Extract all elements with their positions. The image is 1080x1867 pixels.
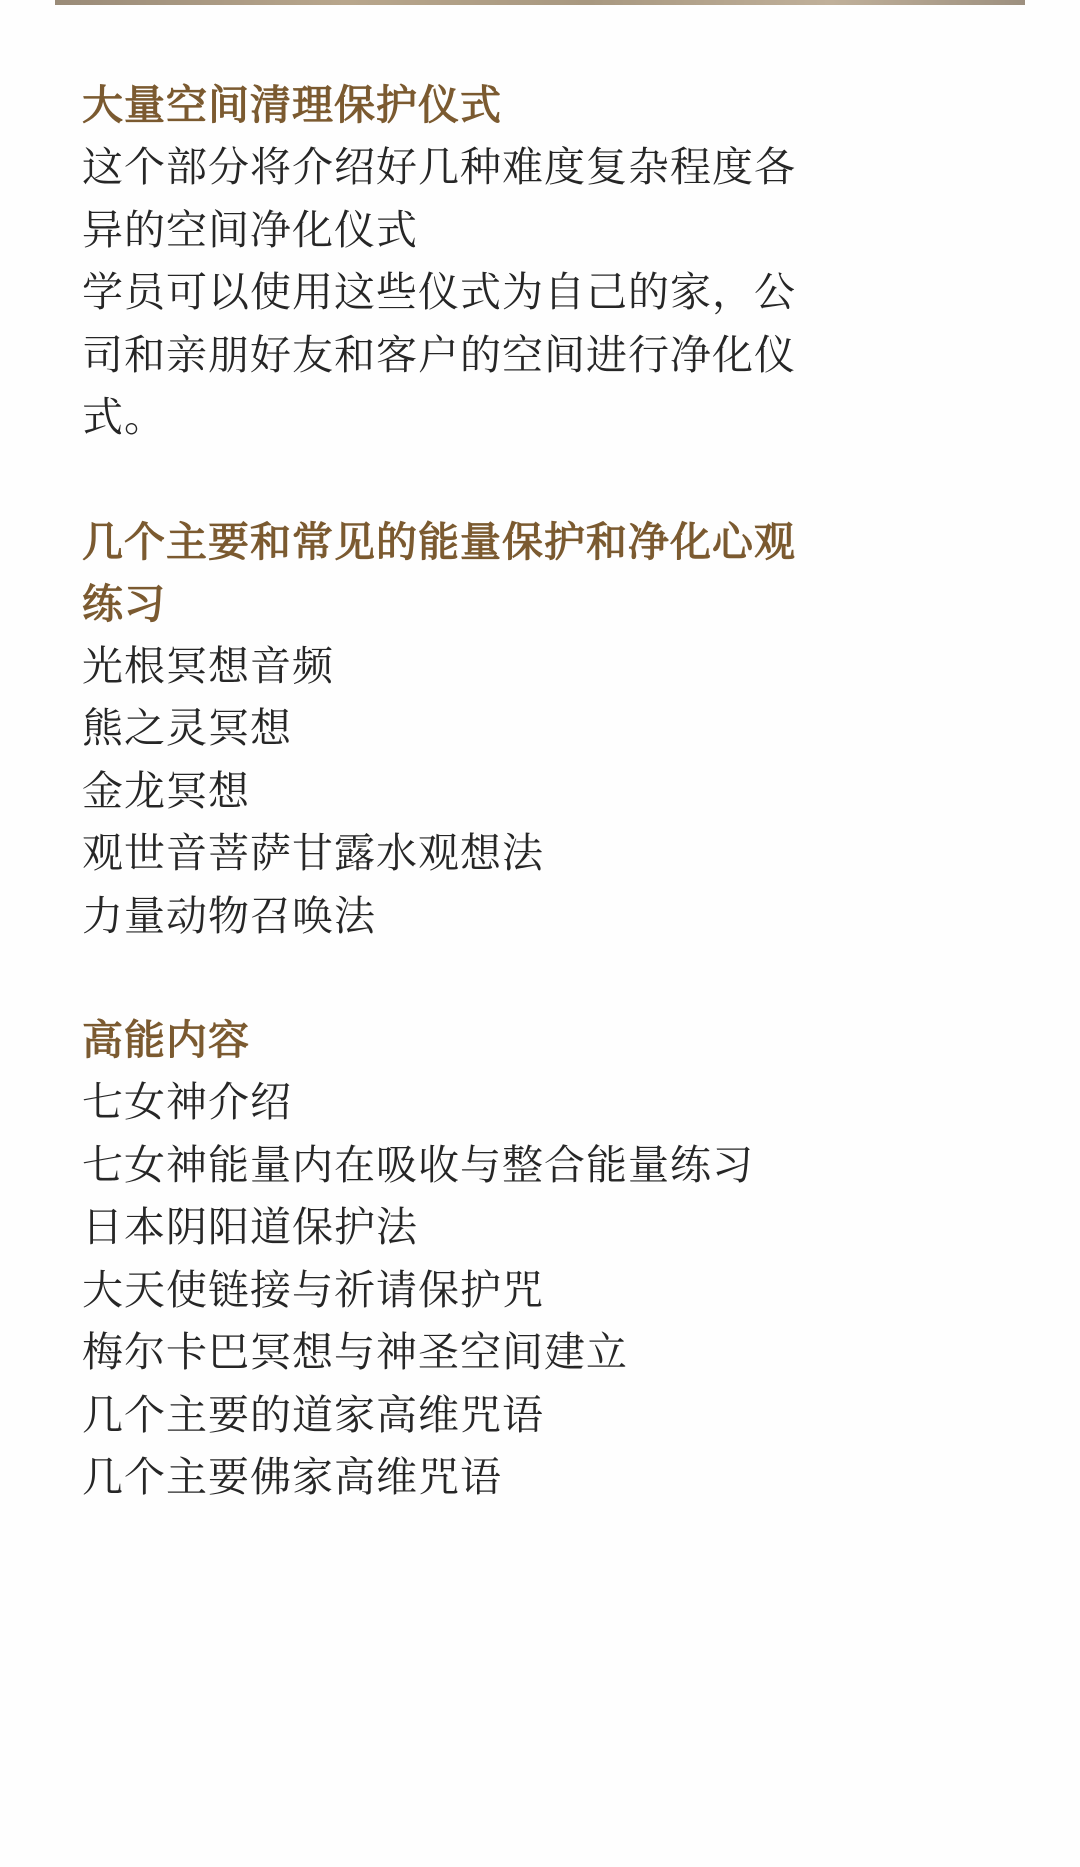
section-heading: 几个主要和常见的能量保护和净化心观练习 — [82, 511, 802, 635]
section-heading: 高能内容 — [82, 1009, 802, 1071]
list-item: 光根冥想音频 — [82, 635, 802, 698]
list-item: 几个主要的道家高维咒语 — [82, 1384, 802, 1447]
list-item: 熊之灵冥想 — [82, 697, 802, 760]
advanced-list: 七女神介绍 七女神能量内在吸收与整合能量练习 日本阴阳道保护法 大天使链接与祈请… — [82, 1071, 802, 1509]
section-heading: 大量空间清理保护仪式 — [82, 74, 802, 136]
list-item: 大天使链接与祈请保护咒 — [82, 1259, 802, 1322]
document-body: 大量空间清理保护仪式 这个部分将介绍好几种难度复杂程度各异的空间净化仪式 学员可… — [82, 74, 802, 1509]
paragraph: 这个部分将介绍好几种难度复杂程度各异的空间净化仪式 — [82, 136, 802, 261]
section-advanced-content: 高能内容 七女神介绍 七女神能量内在吸收与整合能量练习 日本阴阳道保护法 大天使… — [82, 1009, 802, 1509]
list-item: 七女神能量内在吸收与整合能量练习 — [82, 1134, 802, 1197]
top-image-strip — [55, 0, 1025, 5]
paragraph: 学员可以使用这些仪式为自己的家，公司和亲朋好友和客户的空间进行净化仪式。 — [82, 261, 802, 449]
list-item: 梅尔卡巴冥想与神圣空间建立 — [82, 1321, 802, 1384]
section-protection-meditations: 几个主要和常见的能量保护和净化心观练习 光根冥想音频 熊之灵冥想 金龙冥想 观世… — [82, 511, 802, 948]
practice-list: 光根冥想音频 熊之灵冥想 金龙冥想 观世音菩萨甘露水观想法 力量动物召唤法 — [82, 635, 802, 948]
list-item: 几个主要佛家高维咒语 — [82, 1446, 802, 1509]
list-item: 观世音菩萨甘露水观想法 — [82, 822, 802, 885]
section-space-clearing-rituals: 大量空间清理保护仪式 这个部分将介绍好几种难度复杂程度各异的空间净化仪式 学员可… — [82, 74, 802, 449]
list-item: 七女神介绍 — [82, 1071, 802, 1134]
list-item: 力量动物召唤法 — [82, 885, 802, 948]
list-item: 金龙冥想 — [82, 760, 802, 823]
list-item: 日本阴阳道保护法 — [82, 1196, 802, 1259]
